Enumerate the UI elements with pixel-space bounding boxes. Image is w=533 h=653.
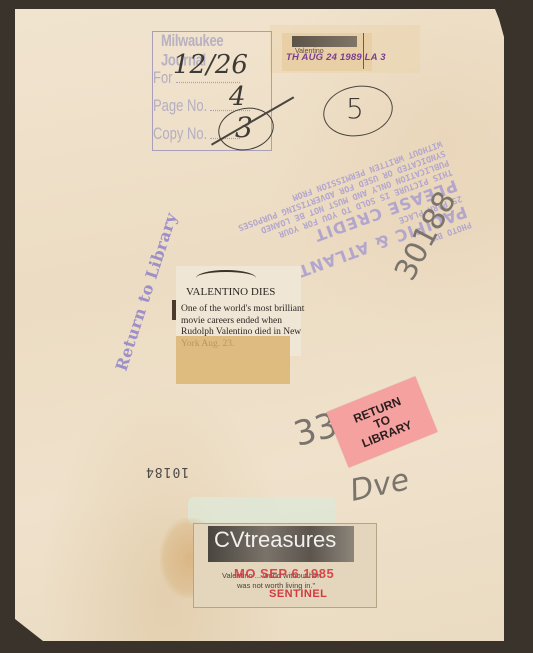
watermark: CVtreasures: [214, 527, 336, 553]
copy-label: Copy No.: [153, 124, 207, 143]
label-edge-line: [363, 33, 364, 69]
handwritten-date: 12/26: [173, 50, 248, 80]
red-date-stamp: MO SEP 6 1985: [234, 566, 334, 581]
serial-number-stamp: 10184: [145, 464, 189, 479]
red-paper-stamp: SENTINEL: [269, 588, 327, 600]
label-photo-strip: [292, 36, 357, 47]
tape-strip: [176, 336, 290, 384]
journal-stamp-box: Milwaukee Journal For Page No. Copy No. …: [152, 31, 272, 151]
circled-number: 5: [346, 92, 364, 125]
clipping-photo-edge: [196, 270, 256, 286]
bottom-newspaper-clipping: CVtreasures Valentino ... world without …: [193, 523, 377, 608]
label-date-stamp: TH AUG 24 1989 LA 3: [286, 52, 386, 63]
clipping-headline: VALENTINO DIES: [186, 286, 275, 298]
date-label: Valentino TH AUG 24 1989 LA 3: [282, 33, 372, 71]
page-label: Page No.: [153, 96, 207, 115]
for-label: For: [153, 68, 173, 87]
